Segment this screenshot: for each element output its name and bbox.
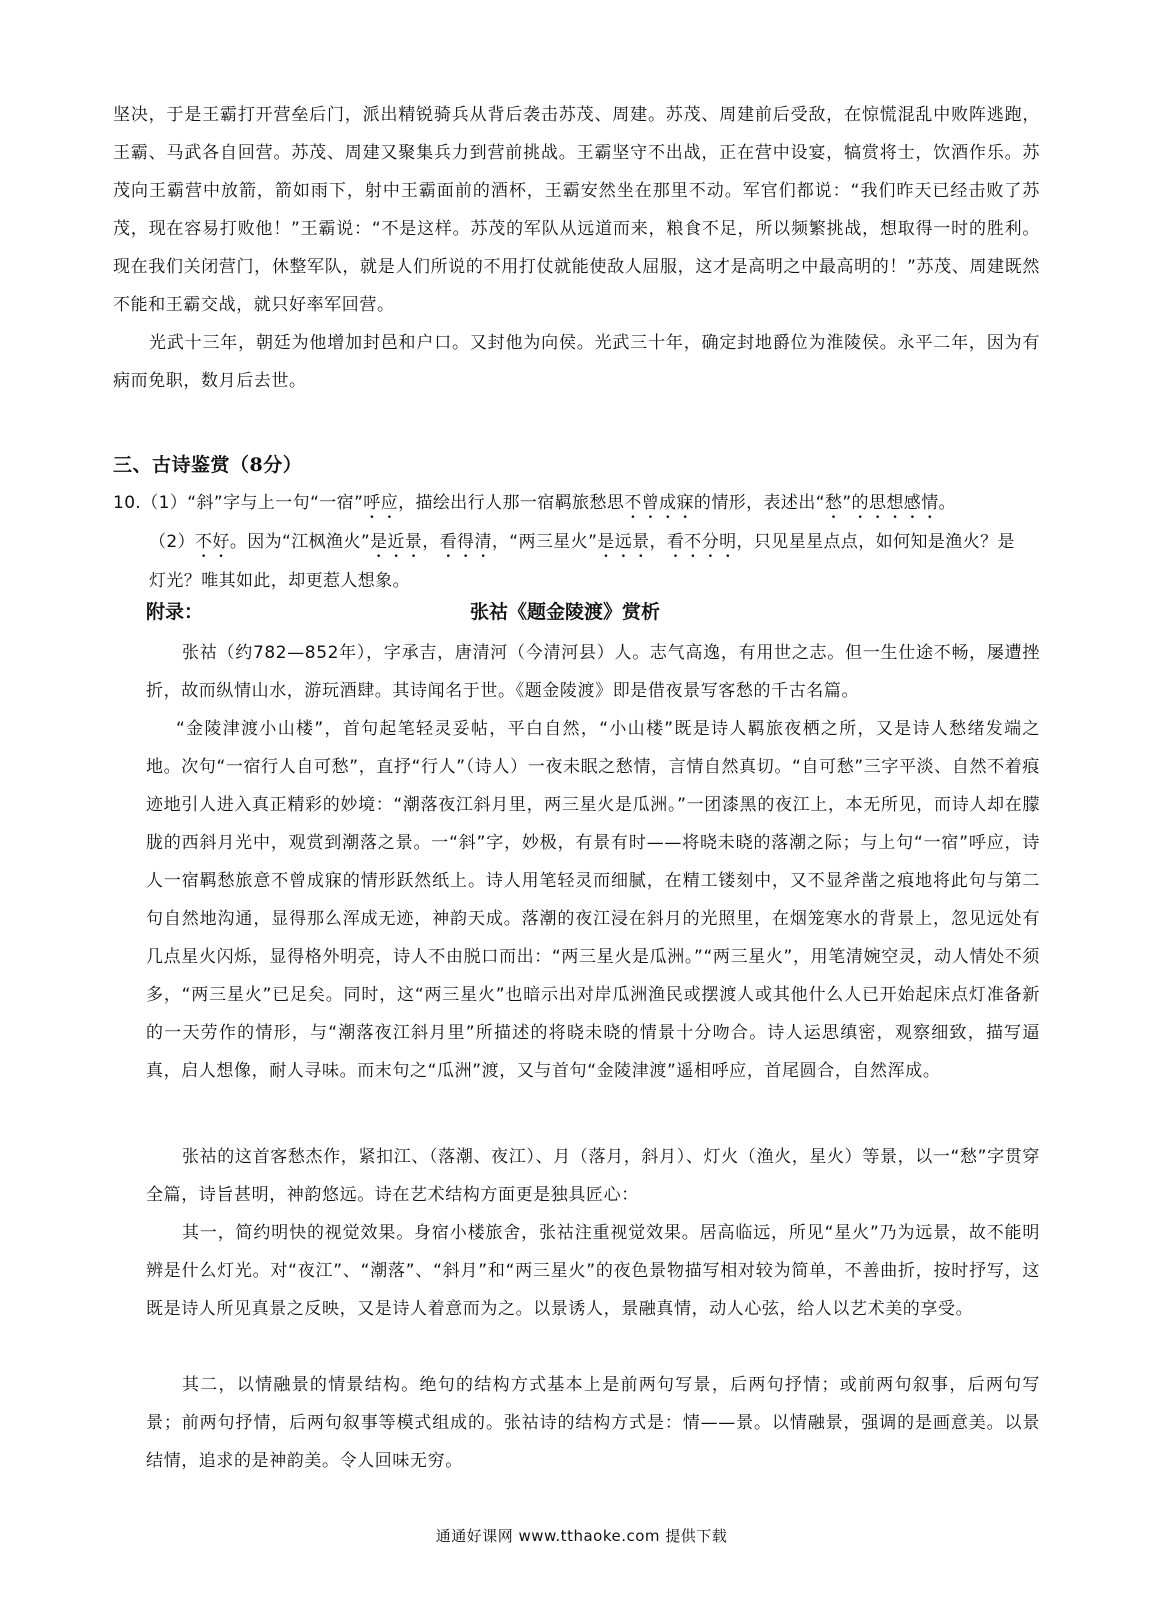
answer-text: ，描绘出行人那一宿羁旅愁思 bbox=[398, 493, 624, 513]
document-page: 坚决，于是王霸打开营垒后门，派出精锐骑兵从背后袭击苏茂、周建。苏茂、周建前后受敌… bbox=[0, 0, 1163, 1613]
emphasized-text: 不曾成寐 bbox=[624, 493, 694, 513]
story-paragraph-1: 坚决，于是王霸打开营垒后门，派出精锐骑兵从背后袭击苏茂、周建。苏茂、周建前后受敌… bbox=[113, 96, 1040, 324]
answer-text: 的情形，表述出“ bbox=[694, 493, 825, 513]
appendix-paragraph-4: 其一，简约明快的视觉效果。身宿小楼旅舍，张祜注重视觉效果。居高临远，所见“星火”… bbox=[146, 1214, 1040, 1328]
answer-text: （1）“斜”字与上一句“一宿” bbox=[141, 493, 363, 513]
appendix-paragraph-3: 张祜的这首客愁杰作，紧扣江、（落潮、夜江）、月（落月，斜月）、灯火（渔火，星火）… bbox=[146, 1138, 1040, 1214]
emphasized-text: 呼应 bbox=[363, 493, 398, 513]
section-heading: 三、古诗鉴赏（8分） bbox=[113, 450, 302, 477]
answer-text: 。因为“江枫渔火” bbox=[230, 532, 370, 552]
emphasized-text: 是远景，看不分明 bbox=[597, 532, 736, 552]
appendix-paragraph-5: 其二，以情融景的情景结构。绝句的结构方式基本上是前两句写景，后两句抒情；或前两句… bbox=[146, 1366, 1040, 1480]
answer-text: （2） bbox=[149, 532, 195, 552]
emphasized-text: 是近景，看得清 bbox=[370, 532, 492, 552]
appendix-title: 张祜《题金陵渡》赏析 bbox=[470, 597, 660, 624]
emphasized-text: 愁”的思想感情 bbox=[825, 493, 939, 513]
answer-text: ，“两三星火” bbox=[492, 532, 597, 552]
appendix-label: 附录： bbox=[146, 597, 203, 624]
story-paragraph-2: 光武十三年，朝廷为他增加封邑和户口。又封他为向侯。光武三十年，确定封地爵位为淮陵… bbox=[113, 324, 1040, 400]
answer-block: 10.（1）“斜”字与上一句“一宿”呼应，描绘出行人那一宿羁旅愁思不曾成寐的情形… bbox=[113, 484, 1053, 600]
footer-source: 通通好课网 www.tthaoke.com 提供下载 bbox=[0, 1525, 1163, 1546]
question-number: 10. bbox=[113, 493, 141, 513]
appendix-paragraph-2: “金陵津渡小山楼”，首句起笔轻灵妥帖，平白自然，“小山楼”既是诗人羁旅夜栖之所，… bbox=[146, 710, 1040, 1090]
answer-part-1: 10.（1）“斜”字与上一句“一宿”呼应，描绘出行人那一宿羁旅愁思不曾成寐的情形… bbox=[113, 484, 1053, 523]
answer-text: 。 bbox=[939, 493, 956, 513]
emphasized-text: 不好 bbox=[195, 532, 230, 552]
appendix-paragraph-1: 张祜（约782—852年），字承吉，唐清河（今清河县）人。志气高逸，有用世之志。… bbox=[146, 634, 1040, 710]
answer-part-2: （2）不好。因为“江枫渔火”是近景，看得清，“两三星火”是远景，看不分明，只见星… bbox=[113, 523, 1029, 600]
